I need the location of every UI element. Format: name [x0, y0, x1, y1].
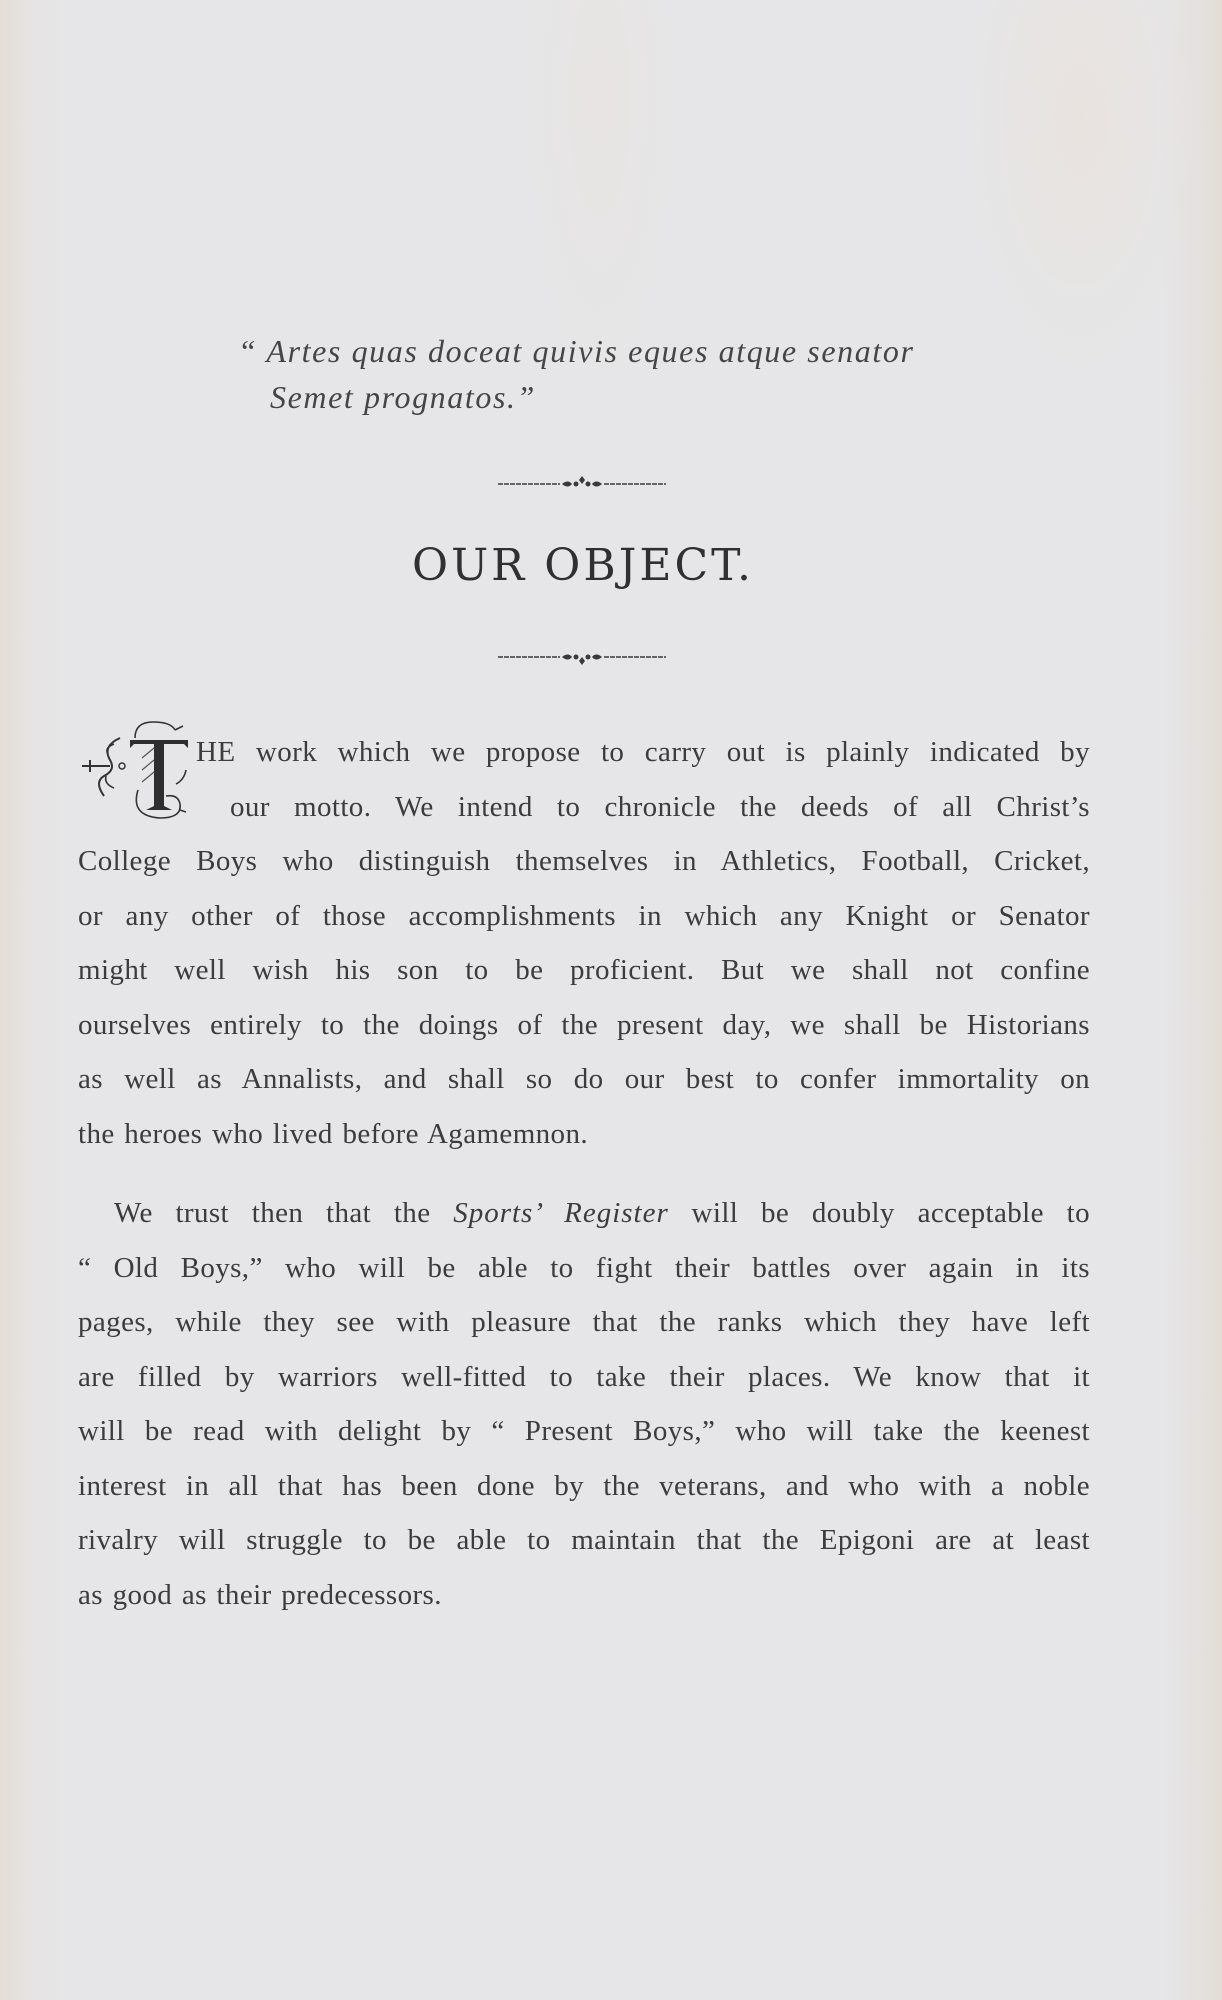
text-line: “ Old Boys,” who will be able to fight t…	[78, 1241, 1090, 1296]
ornamental-rule-icon	[498, 473, 666, 493]
text-line: We trust then that the Sports’ Register …	[78, 1186, 1090, 1241]
text-line: interest in all that has been done by th…	[78, 1459, 1090, 1514]
text-line: HE work which we propose to carry out is…	[78, 725, 1090, 780]
text-line: the heroes who lived before Agamemnon.	[78, 1107, 1090, 1162]
text-line: as good as their predecessors.	[78, 1568, 1090, 1623]
text-line: ourselves entirely to the doings of the …	[78, 998, 1090, 1053]
paragraph-1: HE work which we propose to carry out is…	[78, 725, 1090, 1161]
epigraph: “ Artes quas doceat quivis eques atque s…	[238, 328, 915, 420]
text-line: or any other of those accomplishments in…	[78, 889, 1090, 944]
text-line: are filled by warriors well-fitted to ta…	[78, 1350, 1090, 1405]
text-line: might well wish his son to be proficient…	[78, 943, 1090, 998]
text-line: rivalry will struggle to be able to main…	[78, 1513, 1090, 1568]
text-line: pages, while they see with pleasure that…	[78, 1295, 1090, 1350]
page-title: OUR OBJECT.	[0, 540, 1166, 591]
text-line: our motto. We intend to chronicle the de…	[78, 780, 1090, 835]
epigraph-line-2: Semet prognatos.”	[238, 374, 915, 420]
text-run: will be doubly acceptable to	[669, 1197, 1090, 1229]
text-run: We trust then that the	[114, 1197, 453, 1229]
epigraph-line-1: “ Artes quas doceat quivis eques atque s…	[238, 328, 915, 374]
text-line: College Boys who distinguish themselves …	[78, 834, 1090, 889]
publication-title: Sports’ Register	[453, 1197, 669, 1229]
paragraph-2: We trust then that the Sports’ Register …	[78, 1186, 1090, 1622]
ornamental-rule-icon	[498, 648, 666, 668]
text-line: will be read with delight by “ Present B…	[78, 1404, 1090, 1459]
book-page: “ Artes quas doceat quivis eques atque s…	[0, 0, 1222, 2000]
text-line: as well as Annalists, and shall so do ou…	[78, 1052, 1090, 1107]
